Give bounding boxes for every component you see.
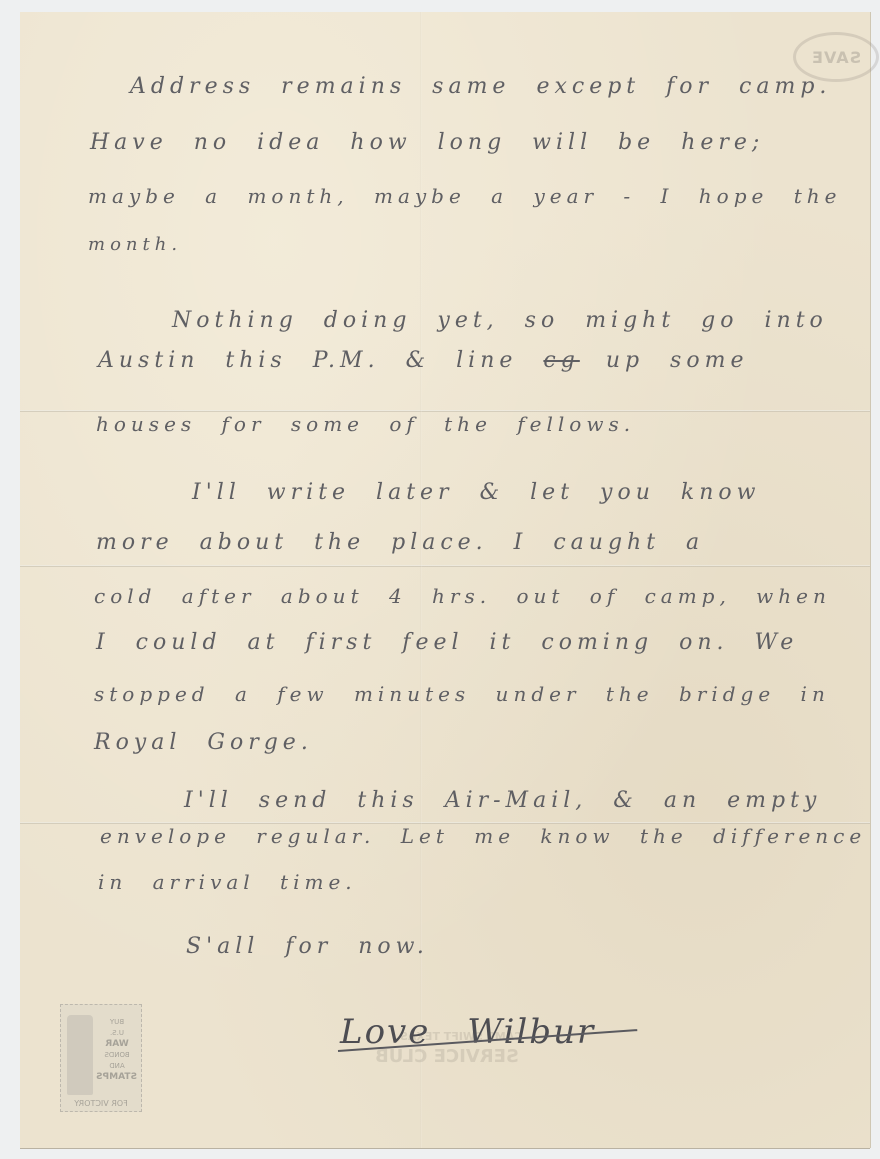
- letter-line: in arrival time.: [98, 870, 357, 894]
- letter-line: Nothing doing yet, so might go into: [172, 308, 828, 333]
- war-bonds-stamp: BUY U.S. WAR BONDS AND STAMPS FOR VICTOR…: [60, 1004, 142, 1112]
- stamp-footer: FOR VICTORY: [65, 1099, 137, 1108]
- letter-line-text: Austin this P.M. & line: [98, 348, 517, 373]
- letter-line: S'all for now.: [186, 934, 429, 959]
- letter-paper: SAVE Address remains same except for cam…: [20, 12, 870, 1148]
- stamp-text: BUY U.S. WAR BONDS AND STAMPS: [97, 1017, 137, 1083]
- letter-line: stopped a few minutes under the bridge i…: [94, 682, 830, 706]
- letter-line-tail: up some: [606, 348, 749, 373]
- letter-line: cold after about 4 hrs. out of camp, whe…: [94, 584, 831, 608]
- statue-figure-icon: [67, 1015, 93, 1095]
- letter-line: maybe a month, maybe a year - I hope the: [88, 184, 841, 208]
- letter-line: envelope regular. Let me know the differ…: [100, 824, 866, 848]
- fold-line: [20, 565, 870, 567]
- signature: Love Wilbur: [340, 1012, 595, 1052]
- seal-text: SAVE: [811, 48, 861, 67]
- letter-line: Austin this P.M. & line cg up some: [98, 348, 748, 373]
- letter-line: month.: [88, 234, 182, 255]
- struck-text: cg: [543, 348, 579, 373]
- letter-line: I'll write later & let you know: [192, 480, 760, 505]
- signature-name: Wilbur: [467, 1012, 595, 1052]
- letter-line: houses for some of the fellows.: [96, 412, 635, 436]
- letter-line: Royal Gorge.: [94, 730, 313, 755]
- letter-line: more about the place. I caught a: [96, 530, 704, 555]
- letter-line: Address remains same except for camp.: [130, 74, 831, 99]
- letter-line: I'll send this Air-Mail, & an empty: [184, 788, 821, 813]
- letter-line: I could at first feel it coming on. We: [96, 630, 798, 655]
- vertical-fold: [420, 12, 422, 1148]
- letter-line: Have no idea how long will be here;: [90, 130, 764, 155]
